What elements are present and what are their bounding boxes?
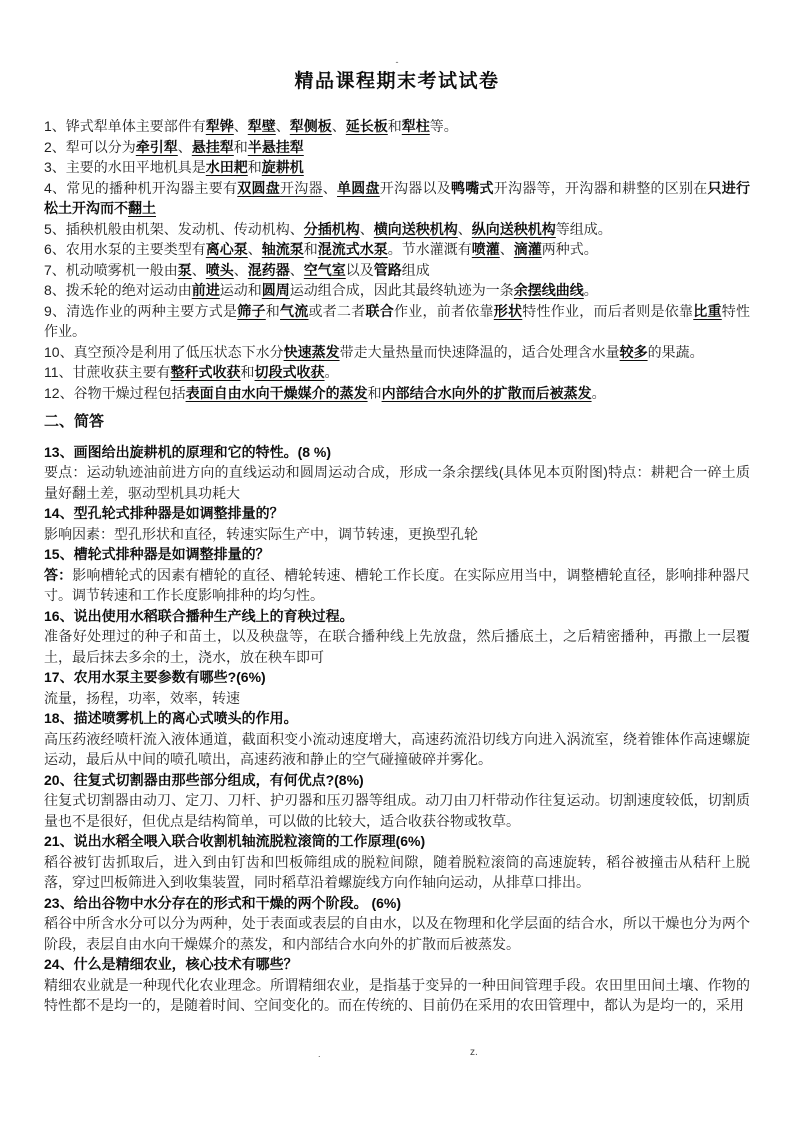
text-segment: 影响槽轮式的因素有槽轮的直径、槽轮转速、槽轮工作长度。在实际应用当中，调整槽轮直… [44, 567, 750, 604]
footer-z-mark: z. [470, 1048, 478, 1057]
text-segment: 17、农用水泵主要参数有哪些?(6%) [44, 669, 266, 685]
text-segment: 、 [323, 180, 337, 196]
text-segment: 。 [592, 385, 606, 401]
text-segment: 流量，扬程，功率，效率，转速 [44, 690, 240, 706]
text-segment: 10、真空预冷是利用了低压状态下水分 [44, 344, 284, 360]
text-segment: 快速蒸发 [284, 344, 340, 360]
text-segment: 影响因素：型孔形状和直径，转速实际生产中，调节转速，更换型孔轮 [44, 526, 478, 542]
text-segment: 1、铧式犁单体主要部件有 [44, 118, 206, 134]
text-segment: 。 [584, 282, 598, 298]
answer-paragraph: 高压药液经喷杆流入液体通道，截面积变小流动速度增大，高速药流沿切线方向进入涡流室… [44, 729, 750, 770]
text-segment: 和 [234, 139, 248, 155]
text-segment: 轴流泵 [262, 241, 304, 257]
page-title: 精品课程期末考试试卷 [44, 70, 750, 94]
text-segment: 开沟器等，开沟器和耕整的区别在 [494, 180, 708, 196]
text-segment: 滴灌 [514, 241, 542, 257]
text-segment: 形状 [494, 303, 523, 319]
question-heading: 17、农用水泵主要参数有哪些?(6%) [44, 667, 750, 688]
text-segment: 、 [290, 262, 304, 278]
text-segment: 前进 [192, 282, 220, 298]
text-segment: 、 [234, 118, 248, 134]
text-segment: 牵引犁 [136, 139, 178, 155]
text-segment: 、 [234, 262, 248, 278]
fill-blank-item: 5、插秧机般由机架、发动机、传动机构、分插机构、横向送秧机构、纵向送秧机构等组成… [44, 219, 750, 240]
text-segment: 犁柱 [402, 118, 430, 134]
text-segment: 7、机动喷雾机一般由 [44, 262, 178, 278]
text-segment: 两种式。 [542, 241, 598, 257]
footer-dot-mark: . [318, 1050, 321, 1059]
text-segment: 12、谷物干燥过程包括 [44, 385, 186, 401]
text-segment: 表面自由水向干燥媒介的蒸发 [186, 385, 368, 401]
text-segment: 切段式收获 [255, 364, 325, 380]
text-segment: 16、说出使用水稻联合播种生产线上的育秧过程。 [44, 608, 354, 624]
question-heading: 18、描述喷雾机上的离心式喷头的作用。 [44, 708, 750, 729]
text-segment: 比重 [693, 303, 722, 319]
answer-paragraph: 流量，扬程，功率，效率，转速 [44, 688, 750, 709]
text-segment: 和 [266, 303, 280, 319]
text-segment: 4、常见的播种机开沟器主要有 [44, 180, 237, 196]
text-segment: 15、槽轮式排种器是如调整排量的？ [44, 546, 270, 562]
text-segment: 24、什么是精细农业，核心技术有哪些？ [44, 956, 298, 972]
fill-blank-item: 11、甘蔗收获主要有整秆式收获和切段式收获。 [44, 362, 750, 383]
answer-paragraph: 要点：运动轨迹油前进方向的直线运动和圆周运动合成，形成一条余摆线(具体见本页附图… [44, 462, 750, 503]
exam-paper-page: - 精品课程期末考试试卷 1、铧式犁单体主要部件有犁铧、犁壁、犁侧板、延长板和犁… [0, 0, 794, 1122]
text-segment: 旋耕机 [262, 159, 304, 175]
text-segment: 23、给出谷物中水分存在的形式和干燥的两个阶段。 (6%) [44, 895, 401, 911]
text-segment: 答： [44, 567, 72, 583]
text-segment: 18、描述喷雾机上的离心式喷头的作用。 [44, 710, 298, 726]
text-segment: 开沟器以及 [380, 180, 451, 196]
text-segment: 9、清选作业的两种主要方式是 [44, 303, 237, 319]
question-heading: 20、往复式切割器由那些部分组成，有何优点?(8%) [44, 770, 750, 791]
text-segment: 6、农用水泵的主要类型有 [44, 241, 206, 257]
document-body: 1、铧式犁单体主要部件有犁铧、犁壁、犁侧板、延长板和犁柱等。2、犁可以分为牵引犁… [44, 116, 750, 1016]
text-segment: 和 [368, 385, 382, 401]
text-segment: 水田耙 [206, 159, 248, 175]
text-segment: 高压药液经喷杆流入液体通道，截面积变小流动速度增大，高速药流沿切线方向进入涡流室… [44, 731, 750, 768]
document-content: 精品课程期末考试试卷 1、铧式犁单体主要部件有犁铧、犁壁、犁侧板、延长板和犁柱等… [44, 70, 750, 1016]
text-segment: 气流 [280, 303, 309, 319]
text-segment: 稻谷被钉齿抓取后，进入到由钉齿和凹板筛组成的脱粒间隙，随着脱粒滚筒的高速旋转，稻… [44, 854, 750, 891]
question-heading: 15、槽轮式排种器是如调整排量的？ [44, 544, 750, 565]
page-top-mark: - [0, 58, 794, 67]
question-heading: 23、给出谷物中水分存在的形式和干燥的两个阶段。 (6%) [44, 893, 750, 914]
text-segment: 犁壁 [248, 118, 276, 134]
text-segment: 等组成。 [556, 221, 612, 237]
text-segment: 带走大量热量而快速降温的，适合处理含水量 [340, 344, 620, 360]
text-segment: 11、甘蔗收获主要有 [44, 364, 171, 380]
text-segment: 喷头 [206, 262, 234, 278]
text-segment: 半悬挂犁 [248, 139, 304, 155]
text-segment: 或者二者 [309, 303, 366, 319]
answer-paragraph: 答：影响槽轮式的因素有槽轮的直径、槽轮转速、槽轮工作长度。在实际应用当中，调整槽… [44, 565, 750, 606]
answer-paragraph: 往复式切割器由动刀、定刀、刀杆、护刃器和压刃器等组成。动刀由刀杆带动作往复运动。… [44, 790, 750, 831]
answer-paragraph: 稻谷被钉齿抓取后，进入到由钉齿和凹板筛组成的脱粒间隙，随着脱粒滚筒的高速旋转，稻… [44, 852, 750, 893]
text-segment: 喷灌 [472, 241, 500, 257]
text-segment: 、 [360, 221, 374, 237]
text-segment: 、 [192, 262, 206, 278]
text-segment: 8、拨禾轮的绝对运动由 [44, 282, 192, 298]
text-segment: 、 [332, 118, 346, 134]
text-segment: 犁侧板 [290, 118, 332, 134]
text-segment: 混流式水泵 [318, 241, 388, 257]
fill-blank-item: 7、机动喷雾机一般由泵、喷头、混药器、空气室以及管路组成 [44, 260, 750, 281]
text-segment: 开沟器 [280, 180, 323, 196]
text-segment: 要点：运动轨迹油前进方向的直线运动和圆周运动合成，形成一条余摆线(具体见本页附图… [44, 464, 750, 501]
answer-paragraph: 影响因素：型孔形状和直径，转速实际生产中，调节转速，更换型孔轮 [44, 524, 750, 545]
text-segment: 组成 [402, 262, 430, 278]
text-segment: 和 [248, 159, 262, 175]
fill-blank-item: 1、铧式犁单体主要部件有犁铧、犁壁、犁侧板、延长板和犁柱等。 [44, 116, 750, 137]
text-segment: 悬挂犁 [192, 139, 234, 155]
text-segment: 和 [388, 118, 402, 134]
text-segment: 延长板 [346, 118, 388, 134]
fill-blank-item: 10、真空预冷是利用了低压状态下水分快速蒸发带走大量热量而快速降温的，适合处理含… [44, 342, 750, 363]
fill-blank-item: 8、拨禾轮的绝对运动由前进运动和圆周运动组合成，因此其最终轨迹为一条余摆线曲线。 [44, 280, 750, 301]
text-segment: 和 [304, 241, 318, 257]
text-segment: 空气室 [304, 262, 346, 278]
text-segment: 圆周 [262, 282, 290, 298]
fill-blank-item: 4、常见的播种机开沟器主要有双圆盘开沟器、单圆盘开沟器以及鸭嘴式开沟器等，开沟器… [44, 178, 750, 219]
text-segment: 、 [276, 118, 290, 134]
text-segment: 双圆盘 [237, 180, 280, 196]
text-segment: 5、插秧机般由机架、发动机、传动机构、 [44, 221, 304, 237]
text-segment: 作业，前者依靠 [394, 303, 494, 319]
text-segment: 往复式切割器由动刀、定刀、刀杆、护刃器和压刃器等组成。动刀由刀杆带动作往复运动。… [44, 792, 750, 829]
fill-blank-item: 2、犁可以分为牵引犁、悬挂犁和半悬挂犁 [44, 137, 750, 158]
text-segment: 内部结合水向外的扩散而后被蒸发 [382, 385, 592, 401]
question-heading: 21、说出水稻全喂入联合收割机轴流脱粒滚筒的工作原理(6%) [44, 831, 750, 852]
text-segment: 稻谷中所含水分可以分为两种，处于表面或表层的自由水，以及在物理和化学层面的结合水… [44, 915, 750, 952]
fill-blank-item: 9、清选作业的两种主要方式是筛子和气流或者二者联合作业，前者依靠形状特性作业，而… [44, 301, 750, 342]
question-heading: 24、什么是精细农业，核心技术有哪些？ [44, 954, 750, 975]
text-segment: 2、犁可以分为 [44, 139, 136, 155]
text-segment: 、 [458, 221, 472, 237]
fill-blank-item: 6、农用水泵的主要类型有离心泵、轴流泵和混流式水泵。节水灌溉有喷灌、滴灌两种式。 [44, 239, 750, 260]
text-segment: 犁铧 [206, 118, 234, 134]
text-segment: 较多 [620, 344, 648, 360]
text-segment: 单圆盘 [337, 180, 380, 196]
answer-paragraph: 精细农业就是一种现代化农业理念。所谓精细农业，是指基于变异的一种田间管理手段。农… [44, 975, 750, 1016]
text-segment: 二、简答 [44, 413, 104, 430]
text-segment: 联合 [366, 303, 395, 319]
section-heading: 二、简答 [44, 412, 750, 433]
question-heading: 13、画图给出旋耕机的原理和它的特性。(8 %) [44, 442, 750, 463]
text-segment: 鸭嘴式 [451, 180, 494, 196]
text-segment: 精细农业就是一种现代化农业理念。所谓精细农业，是指基于变异的一种田间管理手段。农… [44, 977, 750, 1014]
text-segment: 。节水灌溉有 [388, 241, 472, 257]
text-segment: 14、型孔轮式排种器是如调整排量的？ [44, 505, 284, 521]
text-segment: 余摆线曲线 [514, 282, 584, 298]
text-segment: 21、说出水稻全喂入联合收割机轴流脱粒滚筒的工作原理(6%) [44, 833, 425, 849]
text-segment: 整秆式收获 [171, 364, 241, 380]
text-segment: 、 [500, 241, 514, 257]
text-segment: 、 [248, 241, 262, 257]
text-segment: 管路 [374, 262, 402, 278]
text-segment: 运动组合成，因此其最终轨迹为一条 [290, 282, 514, 298]
text-segment: 纵向送秧机构 [472, 221, 556, 237]
answer-paragraph: 准备好处理过的种子和苗土，以及秧盘等，在联合播种线上先放盘，然后播底土，之后精密… [44, 626, 750, 667]
text-segment: 离心泵 [206, 241, 248, 257]
text-segment: 混药器 [248, 262, 290, 278]
question-heading: 14、型孔轮式排种器是如调整排量的？ [44, 503, 750, 524]
text-segment: 等。 [430, 118, 458, 134]
text-segment: 、 [178, 139, 192, 155]
text-segment: 运动和 [220, 282, 262, 298]
question-heading: 16、说出使用水稻联合播种生产线上的育秧过程。 [44, 606, 750, 627]
text-segment: 翻土 [128, 200, 156, 216]
text-segment: 的果蔬。 [648, 344, 704, 360]
text-segment: 和 [241, 364, 255, 380]
fill-blank-item: 12、谷物干燥过程包括表面自由水向干燥媒介的蒸发和内部结合水向外的扩散而后被蒸发… [44, 383, 750, 404]
text-segment: 泵 [178, 262, 192, 278]
text-segment: 准备好处理过的种子和苗土，以及秧盘等，在联合播种线上先放盘，然后播底土，之后精密… [44, 628, 750, 665]
text-segment: 分插机构 [304, 221, 360, 237]
text-segment: 以及 [346, 262, 374, 278]
text-segment: 。 [325, 364, 339, 380]
fill-blank-item: 3、主要的水田平地机具是水田耙和旋耕机 [44, 157, 750, 178]
text-segment: 筛子 [237, 303, 266, 319]
text-segment: 20、往复式切割器由那些部分组成，有何优点?(8%) [44, 772, 364, 788]
text-segment: 横向送秧机构 [374, 221, 458, 237]
text-segment: 13、画图给出旋耕机的原理和它的特性。(8 %) [44, 444, 331, 460]
text-segment: 3、主要的水田平地机具是 [44, 159, 206, 175]
answer-paragraph: 稻谷中所含水分可以分为两种，处于表面或表层的自由水，以及在物理和化学层面的结合水… [44, 913, 750, 954]
text-segment: 特性作业，而后者则是依靠 [522, 303, 693, 319]
